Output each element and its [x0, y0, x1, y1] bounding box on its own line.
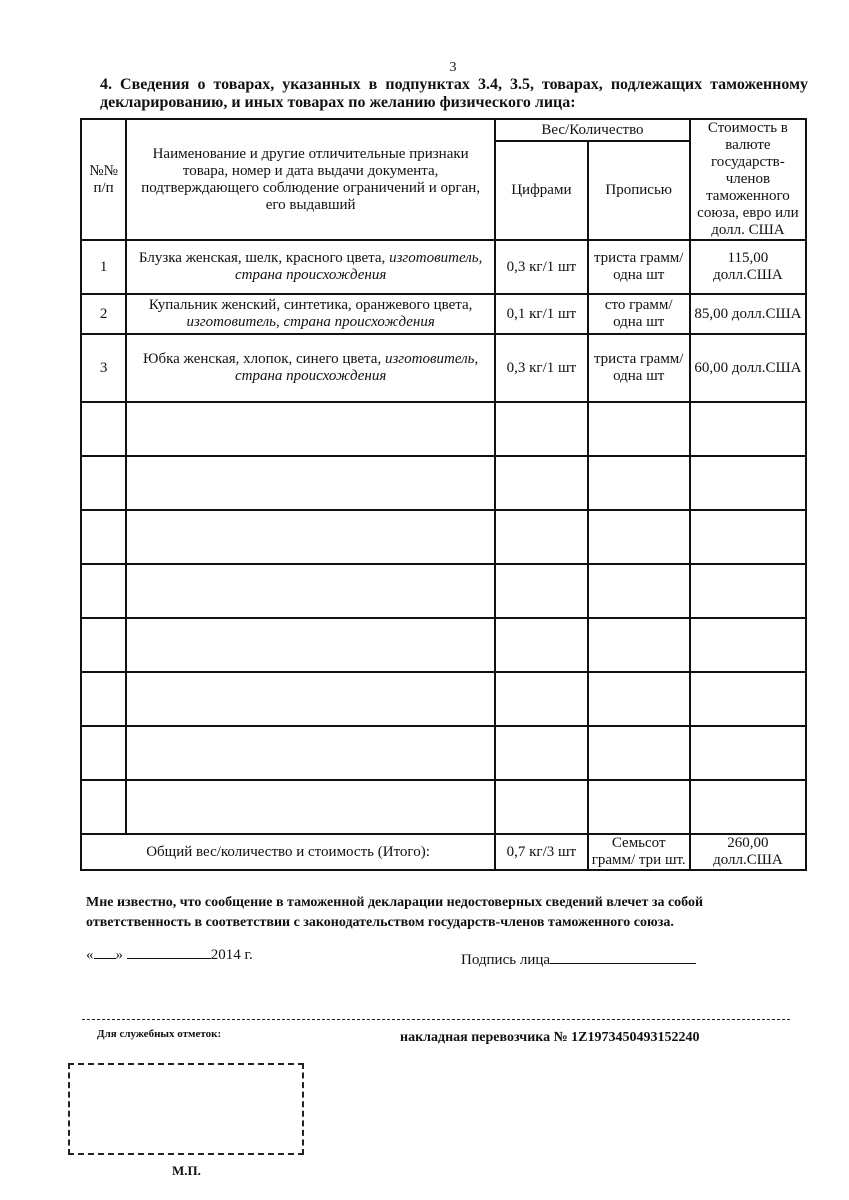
row-number: 1 [81, 240, 126, 294]
empty-cell[interactable] [81, 726, 126, 780]
total-cost: 260,00 долл.США [690, 834, 806, 870]
item-description: Купальник женский, синтетика, оранжевого… [126, 294, 495, 334]
empty-cell[interactable] [690, 564, 806, 618]
empty-cell[interactable] [588, 510, 690, 564]
item-description: Юбка женская, хлопок, синего цвета, изго… [126, 334, 495, 402]
signature-blank[interactable] [550, 949, 696, 964]
service-marks-label: Для служебных отметок: [97, 1028, 221, 1040]
empty-cell[interactable] [588, 618, 690, 672]
total-row: Общий вес/количество и стоимость (Итого)… [81, 834, 806, 870]
item-weight-words: триста грамм/ одна шт [588, 240, 690, 294]
empty-cell[interactable] [81, 402, 126, 456]
empty-cell[interactable] [126, 456, 495, 510]
empty-cell[interactable] [495, 672, 588, 726]
empty-cell[interactable] [495, 402, 588, 456]
empty-cell[interactable] [81, 780, 126, 834]
date-open-quote: « [86, 947, 94, 963]
dashed-separator [82, 1019, 790, 1020]
empty-table-row [81, 402, 806, 456]
item-weight-words: триста грамм/ одна шт [588, 334, 690, 402]
item-weight-digits: 0,3 кг/1 шт [495, 334, 588, 402]
item-name: Купальник женский, синтетика, оранжевого… [149, 297, 473, 313]
empty-cell[interactable] [126, 510, 495, 564]
header-cost: Стоимость в валюте государств-членов там… [690, 119, 806, 240]
empty-cell[interactable] [495, 510, 588, 564]
empty-cell[interactable] [495, 456, 588, 510]
empty-cell[interactable] [81, 564, 126, 618]
empty-table-row [81, 510, 806, 564]
table-row: 3Юбка женская, хлопок, синего цвета, изг… [81, 334, 806, 402]
item-weight-words: сто грамм/ одна шт [588, 294, 690, 334]
empty-table-row [81, 564, 806, 618]
table-row: 2Купальник женский, синтетика, оранжевог… [81, 294, 806, 334]
empty-cell[interactable] [81, 618, 126, 672]
item-weight-digits: 0,3 кг/1 шт [495, 240, 588, 294]
liability-notice: Мне известно, что сообщение в таможенной… [86, 893, 806, 933]
header-number: №№ п/п [81, 119, 126, 240]
empty-table-row [81, 672, 806, 726]
stamp-label: М.П. [172, 1163, 201, 1179]
item-cost: 115,00 долл.США [690, 240, 806, 294]
row-number: 3 [81, 334, 126, 402]
empty-cell[interactable] [588, 672, 690, 726]
carrier-waybill: накладная перевозчика № 1Z19734504931522… [400, 1030, 700, 1046]
empty-cell[interactable] [690, 780, 806, 834]
total-label: Общий вес/количество и стоимость (Итого)… [81, 834, 495, 870]
empty-cell[interactable] [126, 402, 495, 456]
stamp-box [68, 1063, 304, 1155]
empty-cell[interactable] [126, 780, 495, 834]
empty-cell[interactable] [690, 402, 806, 456]
page-number: 3 [0, 60, 849, 76]
empty-cell[interactable] [690, 510, 806, 564]
empty-cell[interactable] [690, 672, 806, 726]
empty-cell[interactable] [81, 672, 126, 726]
date-year: 2014 г. [211, 947, 253, 963]
empty-cell[interactable] [495, 564, 588, 618]
item-cost: 60,00 долл.США [690, 334, 806, 402]
empty-cell[interactable] [81, 456, 126, 510]
total-digits: 0,7 кг/3 шт [495, 834, 588, 870]
header-digits: Цифрами [495, 141, 588, 240]
empty-table-row [81, 726, 806, 780]
item-description: Блузка женская, шелк, красного цвета, из… [126, 240, 495, 294]
total-words: Семьсот грамм/ три шт. [588, 834, 690, 870]
empty-cell[interactable] [588, 564, 690, 618]
item-origin: изготовитель, страна происхождения [186, 314, 434, 330]
empty-cell[interactable] [690, 618, 806, 672]
header-name: Наименование и другие отличительные приз… [126, 119, 495, 240]
item-weight-digits: 0,1 кг/1 шт [495, 294, 588, 334]
month-blank[interactable] [127, 944, 211, 959]
empty-cell[interactable] [81, 510, 126, 564]
row-number: 2 [81, 294, 126, 334]
header-words: Прописью [588, 141, 690, 240]
empty-cell[interactable] [126, 672, 495, 726]
empty-cell[interactable] [495, 780, 588, 834]
empty-table-row [81, 780, 806, 834]
empty-table-row [81, 456, 806, 510]
item-name: Блузка женская, шелк, красного цвета, [139, 250, 385, 266]
empty-cell[interactable] [126, 726, 495, 780]
section-title: 4. Сведения о товарах, указанных в подпу… [100, 76, 808, 112]
header-weight-quantity: Вес/Количество [495, 119, 690, 141]
item-cost: 85,00 долл.США [690, 294, 806, 334]
goods-table: №№ п/п Наименование и другие отличительн… [80, 118, 807, 871]
date-field[interactable]: «» 2014 г. [86, 944, 253, 964]
empty-cell[interactable] [126, 618, 495, 672]
day-blank[interactable] [94, 944, 116, 959]
empty-cell[interactable] [126, 564, 495, 618]
empty-cell[interactable] [588, 402, 690, 456]
empty-cell[interactable] [495, 618, 588, 672]
empty-table-row [81, 618, 806, 672]
empty-cell[interactable] [690, 726, 806, 780]
empty-cell[interactable] [588, 780, 690, 834]
item-name: Юбка женская, хлопок, синего цвета, [143, 351, 381, 367]
empty-cell[interactable] [690, 456, 806, 510]
signature-field[interactable]: Подпись лица [461, 949, 696, 969]
empty-cell[interactable] [495, 726, 588, 780]
date-close-quote: » [116, 947, 124, 963]
signature-label: Подпись лица [461, 952, 550, 968]
table-row: 1Блузка женская, шелк, красного цвета, и… [81, 240, 806, 294]
empty-cell[interactable] [588, 726, 690, 780]
empty-cell[interactable] [588, 456, 690, 510]
